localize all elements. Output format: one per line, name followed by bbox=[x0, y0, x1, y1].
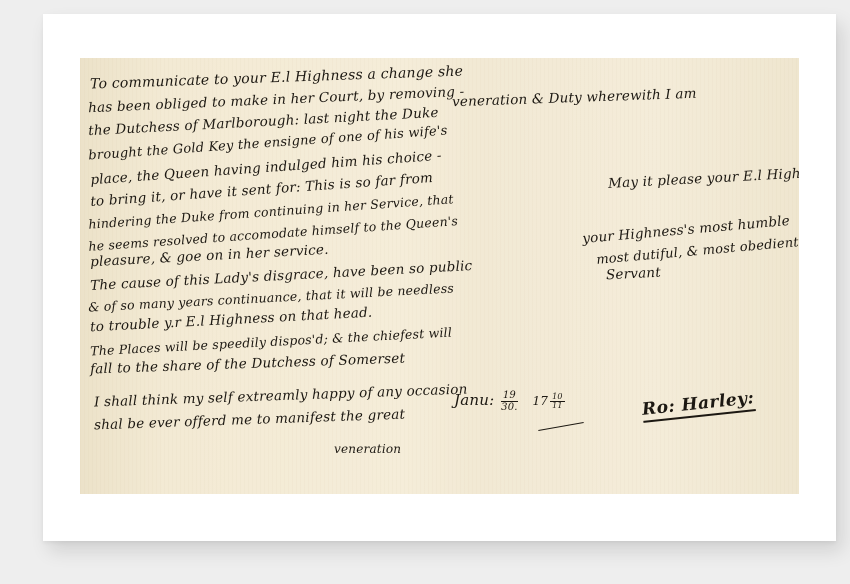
closing-line: Servant bbox=[606, 265, 662, 284]
letter-date: Janu: 19 30. 17 10 11 bbox=[454, 390, 567, 413]
letter-paper: To communicate to your E.l Highness a ch… bbox=[80, 58, 799, 494]
signature: Ro: Harley: bbox=[641, 388, 755, 423]
date-underline bbox=[538, 422, 583, 431]
date-day: 19 30. bbox=[501, 390, 518, 413]
letter-line: veneration bbox=[334, 442, 401, 456]
salutation: May it please your E.l Highness bbox=[608, 164, 799, 192]
date-year-fraction: 10 11 bbox=[550, 393, 565, 410]
opening-line: veneration & Duty wherewith I am bbox=[452, 86, 697, 111]
letter-line: I shall think my self extreamly happy of… bbox=[94, 381, 468, 410]
date-month: Janu: bbox=[454, 391, 494, 409]
letter-line: shal be ever offerd me to manifest the g… bbox=[94, 407, 406, 434]
date-year: 17 bbox=[532, 394, 548, 408]
